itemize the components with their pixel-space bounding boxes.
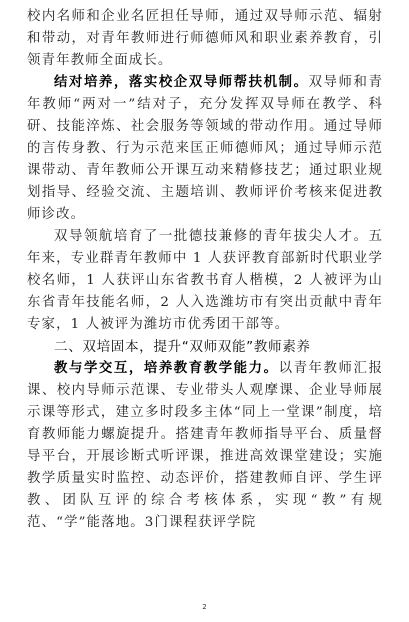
document-page: 校内名师和企业名匠担任导师，通过双导师示范、辐射和带动，对青年教师进行师德师风和…: [0, 0, 409, 622]
paragraph-lead-bold: 教与学交互，培养教育教学能力。: [54, 361, 279, 376]
paragraph-text: 以青年教师汇报课、校内导师示范课、专业带头人观摩课、企业导师展示课等形式，建立多…: [27, 361, 383, 530]
paragraph-text: 双导师和青年教师“两对一”结对子，充分发挥双导师在教学、科研、技能淬炼、社会服务…: [27, 75, 383, 222]
paragraph-pairing: 结对培养，落实校企双导师帮扶机制。双导师和青年教师“两对一”结对子，充分发挥双导…: [27, 72, 383, 226]
paragraph-text: 校内名师和企业名匠担任导师，通过双导师示范、辐射和带动，对青年教师进行师德师风和…: [27, 9, 383, 68]
section-heading: 二、双培固本，提升“双师双能”教师素养: [27, 336, 383, 358]
paragraph-lead-bold: 结对培养，落实校企双导师帮扶机制。: [54, 75, 309, 90]
paragraph-achievements: 双导领航培育了一批德技兼修的青年拔尖人才。五年来，专业群青年教师中 1 人获评教…: [27, 226, 383, 336]
paragraph-text: 双导领航培育了一批德技兼修的青年拔尖人才。五年来，专业群青年教师中 1 人获评教…: [27, 229, 383, 332]
document-body: 校内名师和企业名匠担任导师，通过双导师示范、辐射和带动，对青年教师进行师德师风和…: [27, 6, 383, 534]
page-number: 2: [0, 603, 409, 611]
paragraph-teaching-interaction: 教与学交互，培养教育教学能力。以青年教师汇报课、校内导师示范课、专业带头人观摩课…: [27, 358, 383, 534]
paragraph-mentor-guidance: 校内名师和企业名匠担任导师，通过双导师示范、辐射和带动，对青年教师进行师德师风和…: [27, 6, 383, 72]
